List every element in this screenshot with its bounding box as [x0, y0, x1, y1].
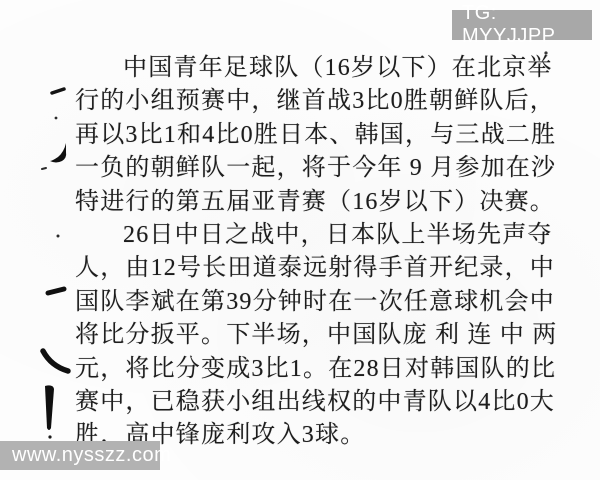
scanned-document-page: TG: MYYJJPP 中国青年足球队（16岁以下）在北京举 行的小组预赛中，继…	[0, 0, 600, 480]
pen-speck-mark	[55, 117, 58, 120]
pen-dash-lower-mark	[48, 289, 64, 293]
text-line: 特进行的第五届亚青赛（16岁以下）决赛。	[75, 186, 557, 219]
watermark-telegram-badge: TG: MYYJJPP	[452, 10, 592, 40]
text-line: 中国青年足球队（16岁以下）在北京举	[75, 52, 557, 85]
text-line: 一负的朝鲜队一起，将于今年 9 月参加在沙	[75, 152, 557, 185]
text-line: 再以3比1和4比0胜日本、韩国，与三战二胜	[75, 119, 557, 152]
pen-speck-mark	[48, 435, 51, 438]
pen-dash-upper-mark	[52, 89, 64, 93]
watermark-website-badge: www.nysszz.com	[0, 441, 160, 470]
pen-curve-stroke-mark	[43, 351, 68, 371]
text-line: 26日中日之战中，日本队上半场先声夺	[75, 219, 557, 252]
pen-speck-mark	[57, 235, 60, 238]
article-body: 中国青年足球队（16岁以下）在北京举 行的小组预赛中，继首战3比0胜朝鲜队后， …	[75, 52, 557, 453]
text-line: 国队李斌在第39分钟时在一次任意球机会中	[75, 286, 557, 319]
text-line: 人，由12号长田道泰远射得手首开纪录，中	[75, 252, 557, 285]
text-line: 行的小组预赛中，继首战3比0胜朝鲜队后，	[75, 85, 557, 118]
pen-tick-mark	[42, 168, 46, 169]
pen-hook-blob-mark	[50, 143, 66, 163]
text-line: 将比分扳平。下半场，中国队庞 利 连 中 两	[75, 319, 557, 352]
pen-vertical-bar-mark	[45, 385, 54, 430]
text-line: 元，将比分变成3比1。在28日对韩国队的比	[75, 353, 557, 386]
text-line: 赛中，已稳获小组出线权的中青队以4比0大	[75, 386, 557, 419]
